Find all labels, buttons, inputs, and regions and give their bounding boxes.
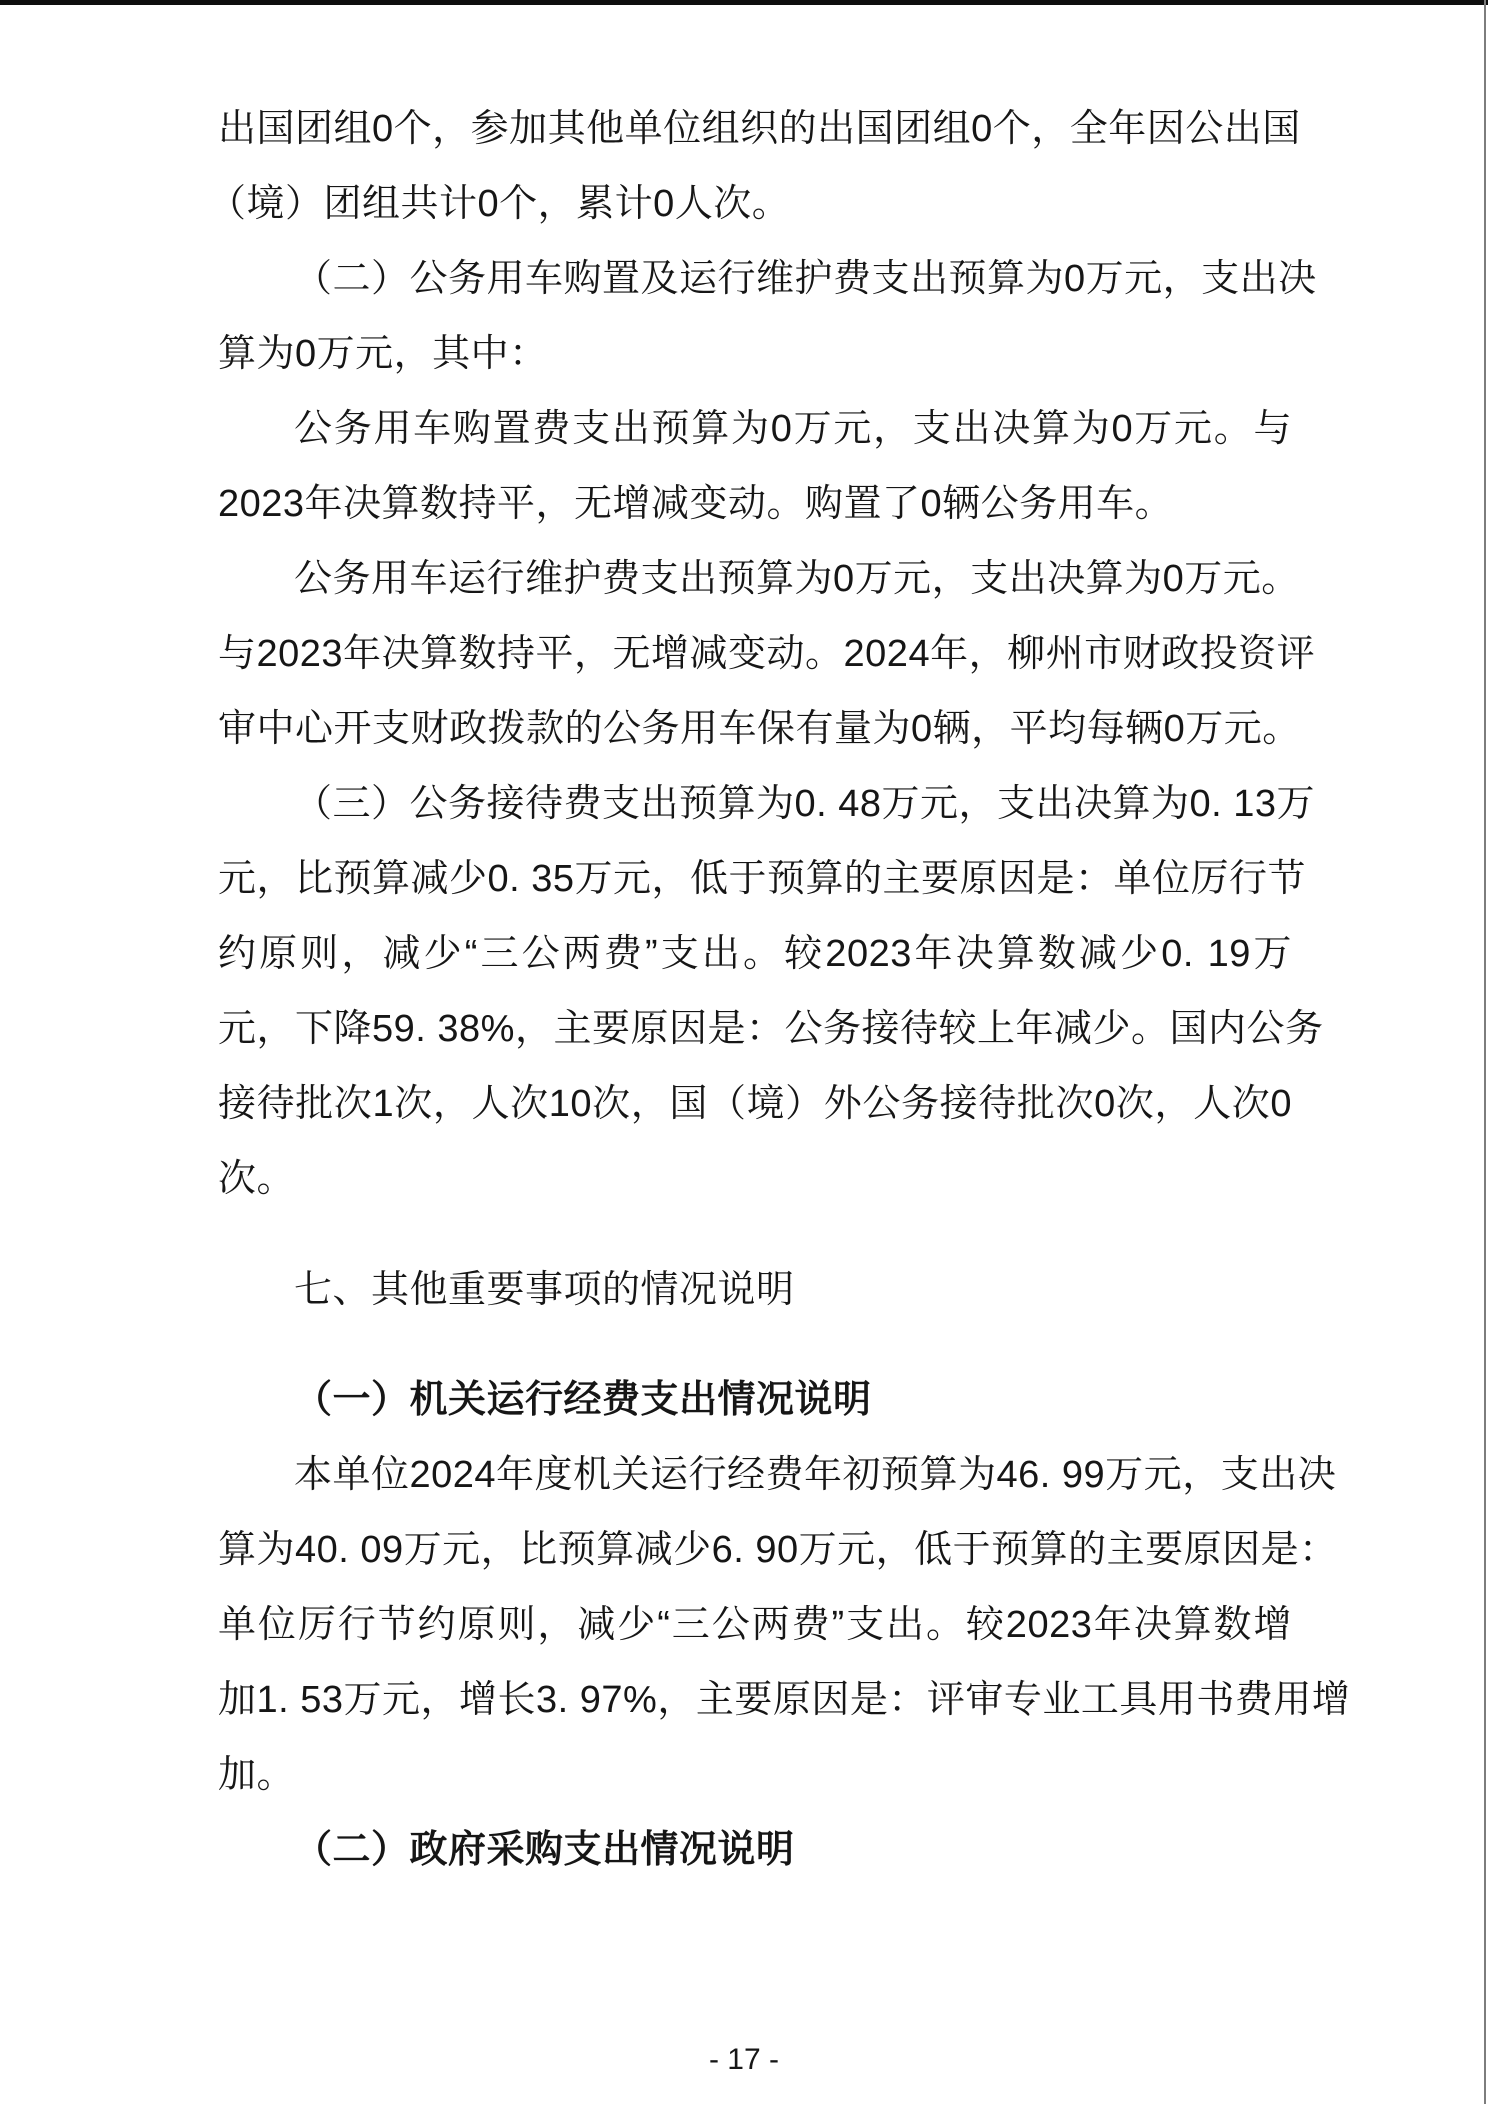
scan-right-edge-artifact bbox=[1484, 0, 1486, 2104]
text-line: 与2023年决算数持平，无增减变动。2024年，柳州市财政投资评 bbox=[218, 617, 1292, 692]
text-line: 元，下降59. 38%，主要原因是：公务接待较上年减少。国内公务 bbox=[218, 992, 1292, 1067]
text-line: 审中心开支财政拨款的公务用车保有量为0辆，平均每辆0万元。 bbox=[218, 692, 1292, 767]
text-line: 接待批次1次，人次10次，国（境）外公务接待批次0次，人次0 bbox=[218, 1067, 1292, 1142]
text-line: 本单位2024年度机关运行经费年初预算为46. 99万元，支出决 bbox=[218, 1438, 1292, 1513]
heading-line: （二）政府采购支出情况说明 bbox=[218, 1813, 1292, 1888]
text-line: 加。 bbox=[218, 1738, 1292, 1813]
text-line: 单位厉行节约原则，减少“三公两费”支出。较2023年决算数增 bbox=[218, 1588, 1292, 1663]
text-line: 元，比预算减少0. 35万元，低于预算的主要原因是：单位厉行节 bbox=[218, 842, 1292, 917]
document-page: 出国团组0个，参加其他单位组织的出国团组0个，全年因公出国（境）团组共计0个，累… bbox=[0, 0, 1488, 2104]
text-line: 算为40. 09万元，比预算减少6. 90万元，低于预算的主要原因是： bbox=[218, 1513, 1292, 1588]
text-line: 约原则，减少“三公两费”支出。较2023年决算数减少0. 19万 bbox=[218, 917, 1292, 992]
text-line: （境）团组共计0个，累计0人次。 bbox=[218, 167, 1292, 242]
text-line: 次。 bbox=[218, 1142, 1292, 1217]
text-line: 加1. 53万元，增长3. 97%，主要原因是：评审专业工具用书费用增 bbox=[218, 1663, 1292, 1738]
text-line: 出国团组0个，参加其他单位组织的出国团组0个，全年因公出国 bbox=[218, 92, 1292, 167]
text-line: 2023年决算数持平，无增减变动。购置了0辆公务用车。 bbox=[218, 467, 1292, 542]
text-line: （二）公务用车购置及运行维护费支出预算为0万元，支出决 bbox=[218, 242, 1292, 317]
text-line: （三）公务接待费支出预算为0. 48万元，支出决算为0. 13万 bbox=[218, 767, 1292, 842]
scan-top-edge-artifact bbox=[0, 0, 1488, 5]
heading-line: 七、其他重要事项的情况说明 bbox=[218, 1253, 1292, 1328]
page-number: - 17 - bbox=[0, 2040, 1488, 2080]
document-body: 出国团组0个，参加其他单位组织的出国团组0个，全年因公出国（境）团组共计0个，累… bbox=[218, 92, 1292, 1888]
text-line: 公务用车购置费支出预算为0万元，支出决算为0万元。与 bbox=[218, 392, 1292, 467]
heading-line: （一）机关运行经费支出情况说明 bbox=[218, 1363, 1292, 1438]
text-line: 算为0万元，其中： bbox=[218, 317, 1292, 392]
text-line: 公务用车运行维护费支出预算为0万元，支出决算为0万元。 bbox=[218, 542, 1292, 617]
